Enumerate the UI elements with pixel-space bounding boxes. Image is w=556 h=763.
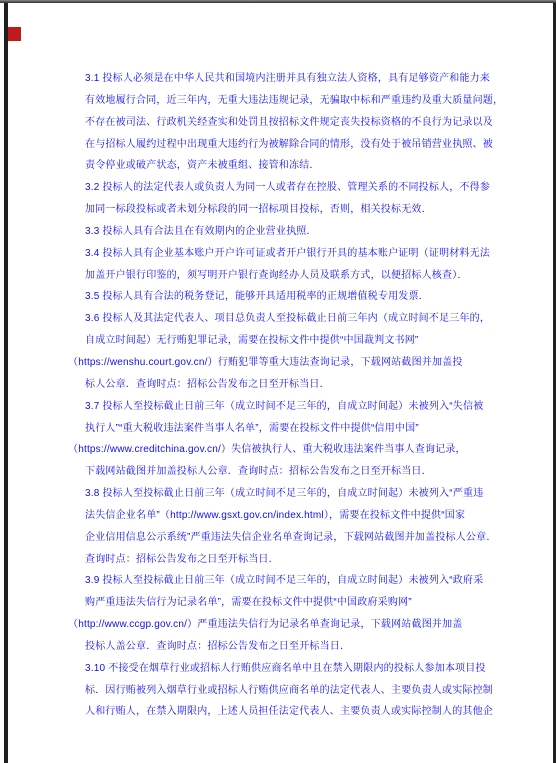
text-line: 有效地履行合同，近三年内，无重大违法违规记录，无骗取中标和严重违约及重大质量问题… [0, 90, 556, 112]
top-edge-bar [0, 0, 556, 3]
text-line: 3.6 投标人及其法定代表人、项目总负责人至投标截止日前三年内（成立时间不足三年… [0, 308, 556, 330]
text-line: 人和行贿人，在禁入期限内，上述人员担任法定代表人、主要负责人或实际控制人的其他企 [0, 701, 556, 723]
text-line: 3.10 不接受在烟草行业或招标人行贿供应商名单中且在禁入期限内的投标人参加本项… [0, 658, 556, 680]
text-line: 标．因行贿被列入烟草行业或招标人行贿供应商名单的法定代表人、主要负责人或实际控制 [0, 680, 556, 702]
text-line: 责令停业或破产状态，资产未被重组、接管和冻结． [0, 155, 556, 177]
text-line: 3.1 投标人必须是在中华人民共和国境内注册并具有独立法人资格，具有足够资产和能… [0, 68, 556, 90]
text-line: 3.2 投标人的法定代表人或负责人为同一人或者存在控股、管理关系的不同投标人，不… [0, 177, 556, 199]
red-marker [8, 27, 21, 41]
text-line: 3.5 投标人具有合法的税务登记，能够开具适用税率的正规增值税专用发票． [0, 286, 556, 308]
text-line: 自成立时间起）无行贿犯罪记录，需要在投标文件中提供“中国裁判文书网” [0, 330, 556, 352]
text-line: 企业信用信息公示系统”严重违法失信企业名单查询记录，下载网站截图并加盖投标人公章… [0, 527, 556, 549]
text-line-url: （https://www.creditchina.gov.cn/）失信被执行人、… [0, 439, 556, 461]
text-line: 3.4 投标人具有企业基本账户开户许可证或者开户银行开具的基本账户证明（证明材料… [0, 243, 556, 265]
text-line: 执行人”“重大税收违法案件当事人名单”，需要在投标文件中提供“信用中国” [0, 418, 556, 440]
text-line: 3.3 投标人具有合法且在有效期内的企业营业执照． [0, 221, 556, 243]
text-line: 投标人盖公章．查询时点：招标公告发布之日至开标当日． [0, 636, 556, 658]
document-text: 3.1 投标人必须是在中华人民共和国境内注册并具有独立法人资格，具有足够资产和能… [0, 68, 556, 723]
text-line: 购严重违法失信行为记录名单”，需要在投标文件中提供“中国政府采购网” [0, 592, 556, 614]
text-line-url: （http://www.ccgp.gov.cn/）严重违法失信行为记录名单查询记… [0, 614, 556, 636]
text-line: 3.9 投标人至投标截止日前三年（成立时间不足三年的，自成立时间起）未被列入“政… [0, 570, 556, 592]
text-line-url: （https://wenshu.court.gov.cn/）行贿犯罪等重大违法查… [0, 352, 556, 374]
text-line: 3.7 投标人至投标截止日前三年（成立时间不足三年的，自成立时间起）未被列入“失… [0, 396, 556, 418]
text-line: 查询时点：招标公告发布之日至开标当日． [0, 549, 556, 571]
text-line: 加同一标段投标或者未划分标段的同一招标项目投标，否则，相关投标无效． [0, 199, 556, 221]
document-page: 3.1 投标人必须是在中华人民共和国境内注册并具有独立法人资格，具有足够资产和能… [0, 0, 556, 763]
text-line: 加盖开户银行印鉴的，须写明开户银行查询经办人员及联系方式，以便招标人核查）． [0, 265, 556, 287]
text-line: 3.8 投标人至投标截止日前三年（成立时间不足三年的，自成立时间起）未被列入“严… [0, 483, 556, 505]
text-line: 下载网站截图并加盖投标人公章．查询时点：招标公告发布之日至开标当日． [0, 461, 556, 483]
text-line: 法失信企业名单”（http://www.gsxt.gov.cn/index.ht… [0, 505, 556, 527]
text-line: 在与招标人履约过程中出现重大违约行为被解除合同的情形，没有处于被吊销营业执照、被 [0, 134, 556, 156]
text-line: 标人公章．查询时点：招标公告发布之日至开标当日． [0, 374, 556, 396]
text-line: 不存在被司法、行政机关经查实和处罚且按招标文件规定丧失投标资格的不良行为记录以及 [0, 112, 556, 134]
